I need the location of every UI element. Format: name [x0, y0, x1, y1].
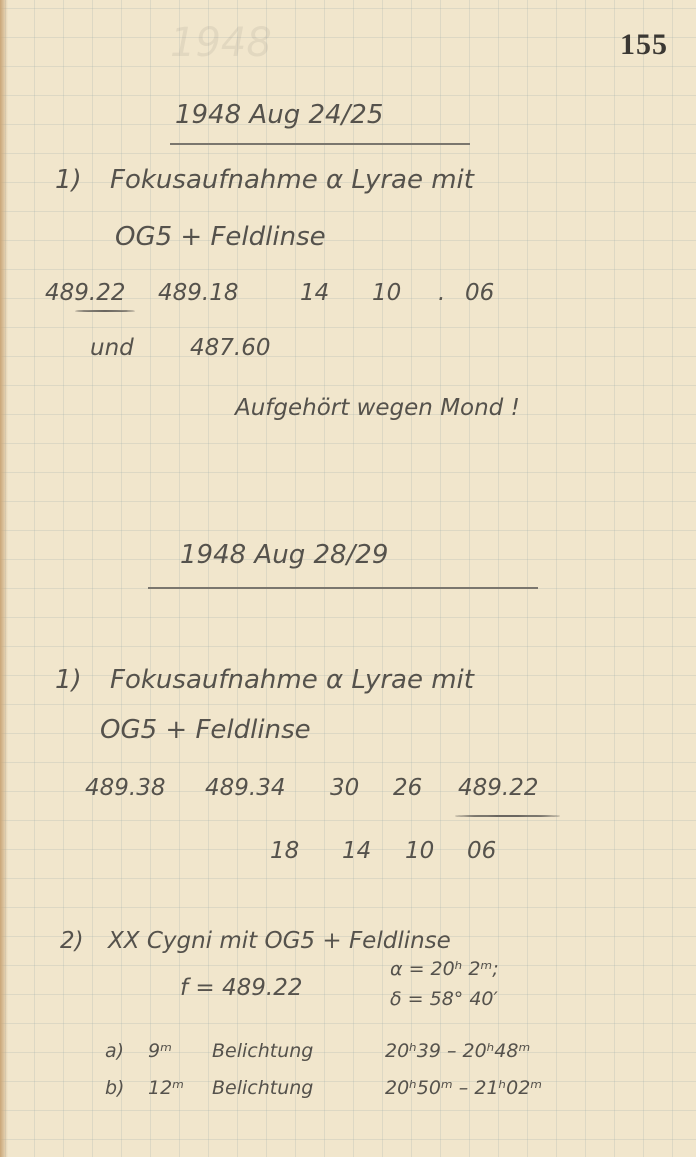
extra-reading: 487.60: [190, 335, 270, 361]
reading: 489.22: [45, 280, 125, 306]
reading: 489.34: [205, 775, 285, 801]
reading-underline: [455, 815, 560, 817]
focus-value: f = 489.22: [180, 975, 302, 1001]
note: Aufgehört wegen Mond !: [235, 395, 520, 421]
exposure-duration: 9ᵐ: [148, 1040, 172, 1062]
exposure-label: Belichtung: [212, 1077, 313, 1099]
entry-date: 1948 Aug 24/25: [175, 100, 383, 130]
reading: 06: [465, 280, 494, 306]
reading: 30: [330, 775, 359, 801]
right-ascension: α = 20ʰ 2ᵐ;: [390, 958, 499, 980]
item-line1: Fokusaufnahme α Lyrae mit: [110, 665, 474, 695]
bleed-through-text: 1948: [170, 20, 272, 66]
reading: 18: [270, 838, 299, 864]
reading-underline: [75, 310, 135, 312]
item-marker: 1): [55, 165, 82, 195]
reading: 06: [467, 838, 496, 864]
reading: 489.38: [85, 775, 165, 801]
item-line2: OG5 + Feldlinse: [115, 222, 326, 252]
entry-date: 1948 Aug 28/29: [180, 540, 388, 570]
exposure-time: 20ʰ50ᵐ – 21ʰ02ᵐ: [385, 1077, 542, 1099]
item-marker: 2): [60, 928, 84, 954]
exposure-label: Belichtung: [212, 1040, 313, 1062]
date-underline: [148, 587, 538, 589]
reading: 10: [372, 280, 401, 306]
exposure-time: 20ʰ39 – 20ʰ48ᵐ: [385, 1040, 530, 1062]
item-line2: OG5 + Feldlinse: [100, 715, 311, 745]
exposure-marker: b): [105, 1077, 124, 1099]
item-line1: XX Cygni mit OG5 + Feldlinse: [108, 928, 451, 954]
reading: 14: [342, 838, 371, 864]
item-marker: 1): [55, 665, 82, 695]
reading: 14: [300, 280, 329, 306]
reading: 26: [393, 775, 422, 801]
reading: 10: [405, 838, 434, 864]
exposure-duration: 12ᵐ: [148, 1077, 184, 1099]
page-number: 155: [620, 28, 668, 62]
item-line1: Fokusaufnahme α Lyrae mit: [110, 165, 474, 195]
date-underline: [170, 143, 470, 145]
page-edge: [0, 0, 8, 1157]
reading: 489.22: [458, 775, 538, 801]
reading: 489.18: [158, 280, 238, 306]
declination: δ = 58° 40′: [390, 988, 498, 1010]
reading: .: [438, 280, 445, 306]
exposure-marker: a): [105, 1040, 124, 1062]
und-label: und: [90, 335, 134, 361]
